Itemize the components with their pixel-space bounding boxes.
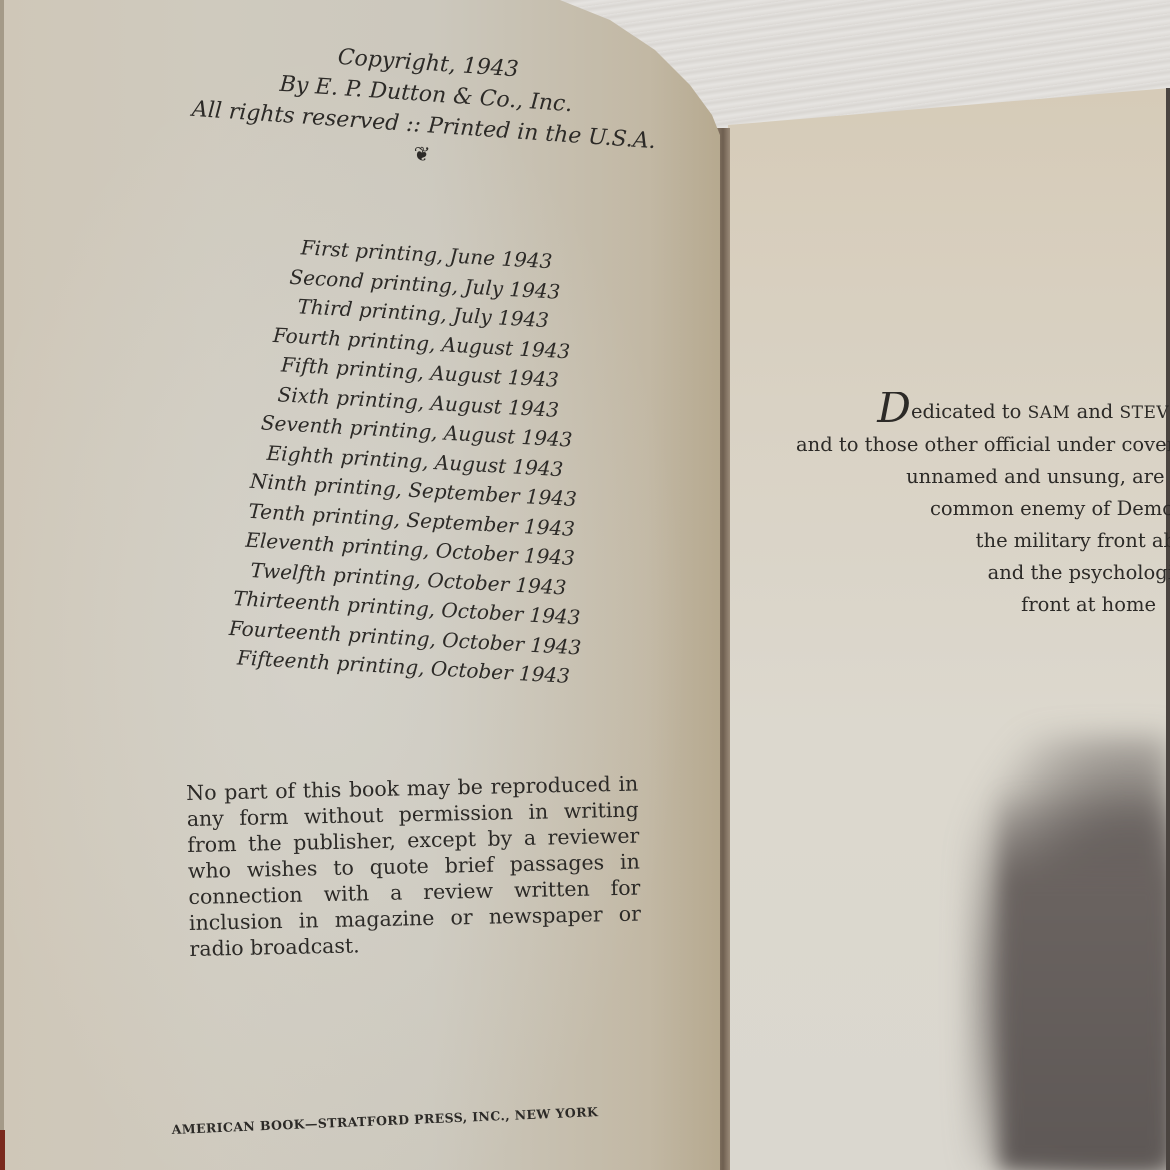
hand-shadow-core — [1000, 790, 1170, 1170]
dedication-line-4: common enemy of Demo — [784, 493, 1170, 525]
dedication-line-2: and to those other official under cover — [786, 429, 1170, 461]
dedication-text: and — [1070, 400, 1119, 423]
dedication-line-6: and the psychologi — [784, 557, 1170, 589]
printing-history: First printing, June 1943 Second printin… — [208, 229, 622, 693]
right-page-edge — [1166, 88, 1170, 1170]
reproduction-notice: No part of this book may be reproduced i… — [186, 771, 642, 962]
dedicatee-name: SAM — [1028, 403, 1071, 423]
dedication-line-5: the military front ab — [786, 525, 1170, 557]
dedication-line-7: front at home — [780, 589, 1156, 621]
notice-text: No part of this book may be reproduced i… — [186, 771, 642, 962]
dedication-line-1: Dedicated to SAM and STEVE, — [798, 392, 1170, 429]
dedication-line-3: unnamed and unsung, are f — [788, 461, 1170, 493]
dedication-text: edicated to — [911, 400, 1028, 423]
drop-cap: D — [877, 392, 911, 432]
dedicatee-name: STEVE, — [1120, 403, 1170, 423]
left-page-edge — [0, 0, 4, 1130]
dedication: Dedicated to SAM and STEVE, and to those… — [780, 392, 1170, 621]
book-cover-edge — [0, 1130, 5, 1170]
